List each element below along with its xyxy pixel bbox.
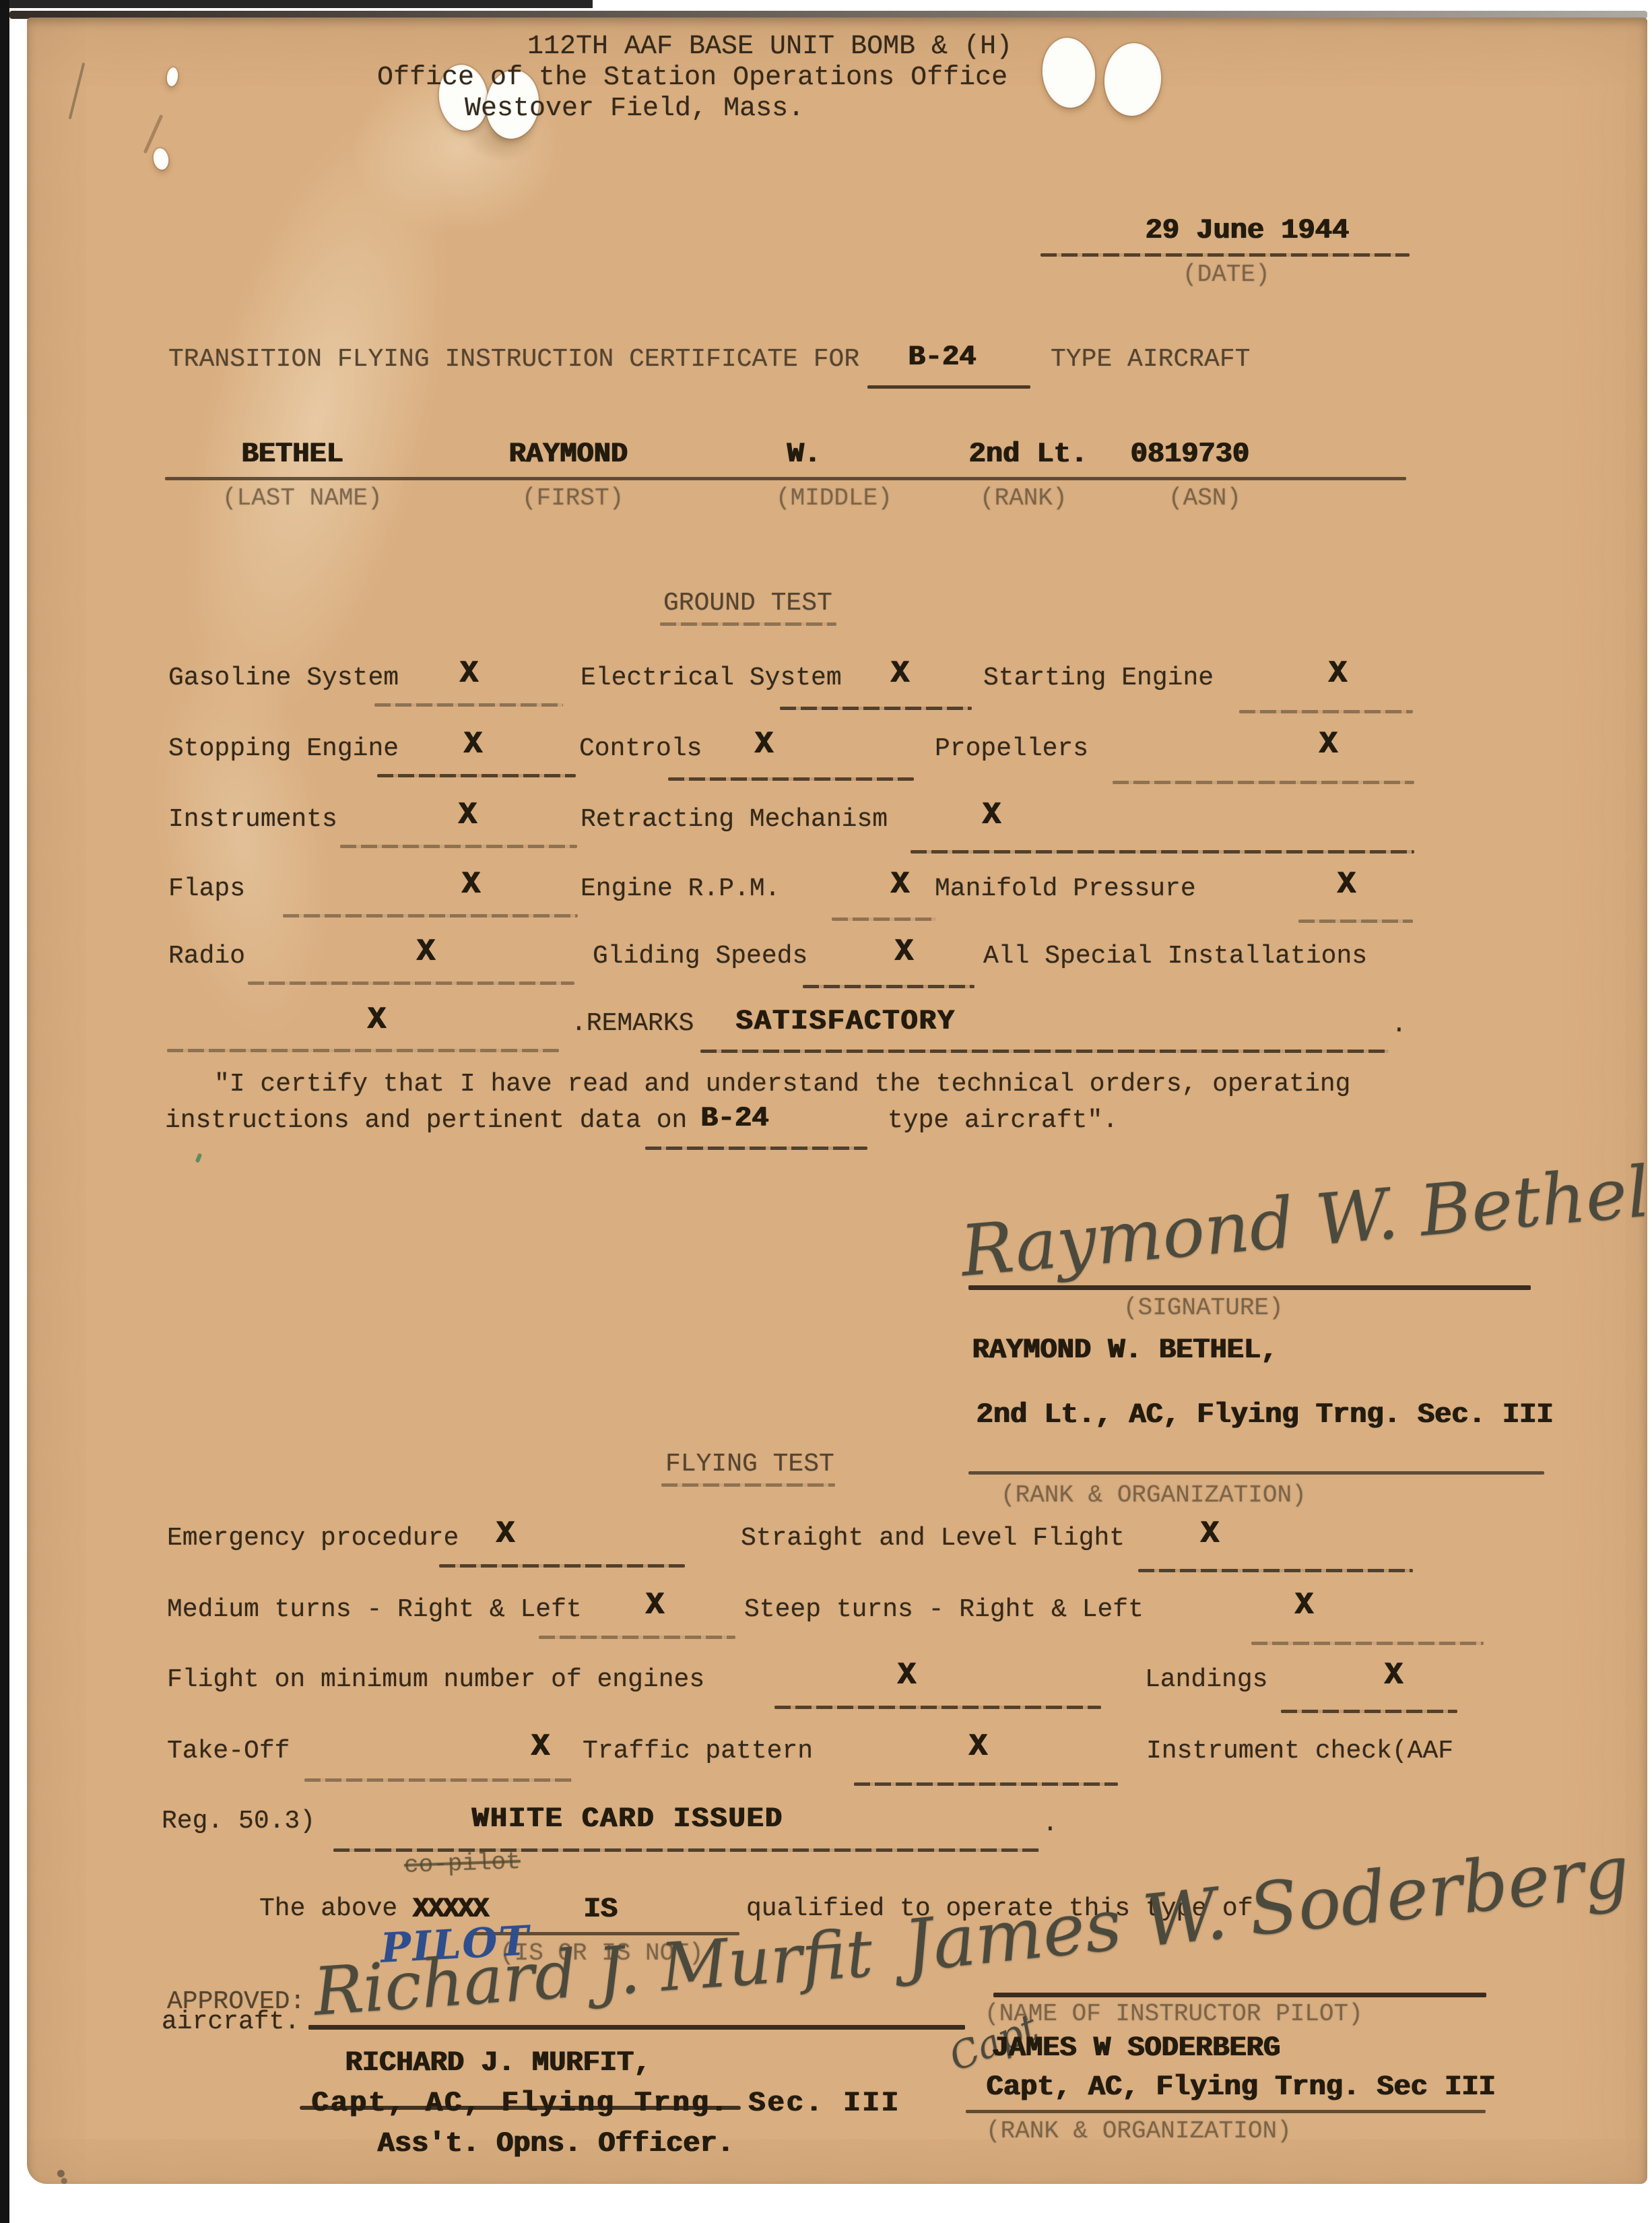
blank-underline	[539, 1636, 735, 1639]
struck-copilot: co-pilot	[403, 1847, 521, 1881]
ground-item-label: Manifold Pressure	[935, 874, 1196, 904]
scanned-document: 112TH AAF BASE UNIT BOMB & (H) Office of…	[0, 0, 1652, 2223]
flying-test-heading-underline	[661, 1483, 835, 1487]
signature-label: (SIGNATURE)	[1123, 1293, 1284, 1323]
certificate-title-suffix: TYPE AIRCRAFT	[1051, 345, 1250, 375]
blank-underline	[668, 777, 914, 781]
qualification-value: IS	[583, 1894, 617, 1924]
certify-line1: "I certify that I have read and understa…	[214, 1070, 1350, 1099]
flying-item-label: Medium turns - Right & Left	[167, 1595, 582, 1625]
flying-item-label: Steep turns - Right & Left	[744, 1595, 1144, 1625]
blank-underline	[1251, 1642, 1484, 1645]
check-mark: X	[531, 1732, 550, 1762]
check-mark: X	[461, 870, 480, 899]
ground-item-label: Radio	[168, 942, 245, 971]
flying-item-label: Flight on minimum number of engines	[167, 1665, 704, 1695]
flying-item-label: Straight and Level Flight	[741, 1524, 1125, 1553]
qualification-prefix: The above	[259, 1894, 397, 1924]
flying-item-label: Take-Off	[167, 1737, 290, 1766]
check-mark: X	[1384, 1661, 1403, 1690]
blank-underline	[832, 917, 936, 921]
check-mark: X	[897, 1661, 916, 1690]
header-line1: 112TH AAF BASE UNIT BOMB & (H)	[527, 32, 1012, 62]
label-last-name: (LAST NAME)	[222, 484, 383, 513]
ground-item-label: Instruments	[168, 805, 337, 835]
blank-underline	[377, 774, 576, 777]
blank-underline	[374, 703, 563, 707]
blank-underline	[854, 1782, 1118, 1786]
check-mark: X	[367, 1005, 386, 1035]
pencil-scribble	[57, 2169, 67, 2184]
ground-item-label: Engine R.P.M.	[581, 874, 780, 904]
ground-item-label: Gasoline System	[168, 664, 399, 693]
blank-underline	[1138, 1569, 1413, 1572]
date-value: 29 June 1944	[1145, 216, 1348, 245]
blank-underline	[340, 845, 577, 848]
check-mark: X	[645, 1590, 664, 1620]
check-mark: X	[1319, 730, 1337, 759]
aircraft-type-value: B-24	[908, 342, 976, 372]
check-mark: X	[496, 1519, 515, 1549]
approver-underline	[308, 2025, 965, 2030]
approved-label: APPROVED:	[167, 1987, 305, 2017]
reg-label: Reg. 50.3)	[162, 1807, 315, 1836]
ground-test-heading-underline	[660, 622, 836, 626]
pilot-rank: 2nd Lt.	[968, 439, 1087, 469]
rank-org-label: (RANK & ORGANIZATION)	[1001, 1481, 1307, 1510]
check-mark: X	[982, 800, 1001, 830]
pilot-asn: 0819730	[1130, 439, 1249, 469]
flying-item-label: Landings	[1145, 1665, 1267, 1695]
blank-underline	[1298, 920, 1413, 923]
check-mark: X	[894, 937, 913, 967]
flying-test-heading: FLYING TEST	[665, 1450, 834, 1479]
approver-typed-name: RICHARD J. MURFIT,	[345, 2048, 651, 2077]
pilot-middle-initial: W.	[787, 439, 820, 469]
blank-underline	[304, 1778, 572, 1782]
pilot-first-name: RAYMOND	[508, 439, 627, 469]
check-mark: X	[1294, 1590, 1313, 1620]
blank-underline	[803, 985, 974, 988]
approver-rank-struck: Capt, AC, Flying Trng.	[311, 2087, 729, 2119]
ground-item-label: Starting Engine	[983, 664, 1214, 693]
remarks-period: .	[1391, 1010, 1407, 1040]
check-mark: X	[1337, 870, 1356, 899]
check-mark: X	[416, 937, 435, 967]
blank-underline	[1239, 710, 1413, 713]
certify-aircraft-underline	[645, 1147, 867, 1150]
rank-strikethrough	[300, 2106, 741, 2110]
remarks-value: SATISFACTORY	[735, 1006, 955, 1036]
pilot-typed-name: RAYMOND W. BETHEL,	[972, 1335, 1278, 1365]
instructor-label: (NAME OF INSTRUCTOR PILOT)	[985, 1999, 1363, 2029]
blank-underline	[1113, 781, 1414, 784]
pilot-typed-rank: 2nd Lt., AC, Flying Trng. Sec. III	[976, 1400, 1553, 1429]
check-mark: X	[890, 659, 909, 688]
aircraft-type-underline	[867, 385, 1030, 389]
card-period: .	[1043, 1809, 1058, 1839]
ground-test-heading: GROUND TEST	[663, 589, 832, 618]
remarks-label: .REMARKS	[571, 1009, 694, 1039]
instructor-underline	[993, 1993, 1486, 1997]
flying-item-label: Instrument check(AAF	[1146, 1737, 1453, 1766]
label-rank: (RANK)	[980, 484, 1067, 513]
blank-underline	[283, 914, 578, 917]
ground-item-label: Gliding Speeds	[593, 942, 807, 971]
signature-underline	[968, 1285, 1531, 1290]
ground-item-label: All Special Installations	[983, 942, 1367, 971]
certify-line2-suffix: type aircraft".	[888, 1106, 1118, 1136]
name-row-underline	[165, 477, 1406, 480]
label-middle: (MIDDLE)	[776, 484, 892, 513]
rank-org-underline	[968, 1471, 1544, 1475]
card-value: WHITE CARD ISSUED	[471, 1804, 783, 1834]
pilot-last-name: BETHEL	[241, 439, 343, 469]
blank-underline	[774, 1706, 1101, 1709]
check-mark: X	[754, 730, 773, 759]
scan-edge-left	[0, 0, 9, 2223]
check-mark: X	[463, 730, 482, 759]
blank-underline	[439, 1564, 685, 1568]
check-mark: X	[968, 1732, 987, 1762]
certify-line2-prefix: instructions and pertinent data on	[165, 1106, 687, 1136]
ground-item-label: Stopping Engine	[168, 734, 399, 764]
date-label: (DATE)	[1183, 260, 1270, 290]
certify-aircraft: B-24	[700, 1103, 768, 1133]
blank-underline	[1281, 1710, 1457, 1713]
approver-typed-rank: Capt, AC, Flying Trng. Sec. III	[311, 2088, 900, 2118]
blank-underline	[780, 707, 972, 710]
ground-item-label: Retracting Mechanism	[581, 805, 888, 835]
label-asn: (ASN)	[1168, 484, 1241, 513]
check-mark: X	[459, 659, 478, 688]
certificate-title: TRANSITION FLYING INSTRUCTION CERTIFICAT…	[168, 345, 859, 375]
ground-item-label: Flaps	[168, 874, 245, 904]
check-mark: X	[458, 800, 477, 830]
blank-underline	[167, 1049, 559, 1052]
instructor-typed-rank: Capt, AC, Flying Trng. Sec III	[986, 2072, 1495, 2102]
date-underline	[1040, 253, 1410, 257]
check-mark: X	[1328, 659, 1347, 688]
label-first-name: (FIRST)	[522, 484, 624, 513]
instructor-rank-underline	[966, 2110, 1486, 2113]
check-mark: X	[890, 870, 909, 899]
blank-underline	[248, 981, 574, 985]
remarks-underline	[700, 1050, 1389, 1053]
ground-item-label: Propellers	[935, 734, 1088, 764]
scan-edge-top	[0, 0, 593, 8]
instructor-typed-name: JAMES W SODERBERG	[991, 2033, 1280, 2063]
flying-item-label: Emergency procedure	[167, 1524, 459, 1553]
approver-rank-rest: Sec. III	[729, 2087, 900, 2119]
header-line2: Office of the Station Operations Office	[377, 63, 1007, 93]
ground-item-label: Electrical System	[581, 664, 842, 693]
header-line3: Westover Field, Mass.	[465, 94, 804, 124]
approver-title: Ass't. Opns. Officer.	[377, 2129, 733, 2158]
ground-item-label: Controls	[579, 734, 702, 764]
check-mark: X	[1200, 1519, 1219, 1549]
blank-underline	[911, 850, 1414, 853]
flying-item-label: Traffic pattern	[583, 1737, 813, 1766]
instructor-rank-label: (RANK & ORGANIZATION)	[986, 2117, 1292, 2146]
